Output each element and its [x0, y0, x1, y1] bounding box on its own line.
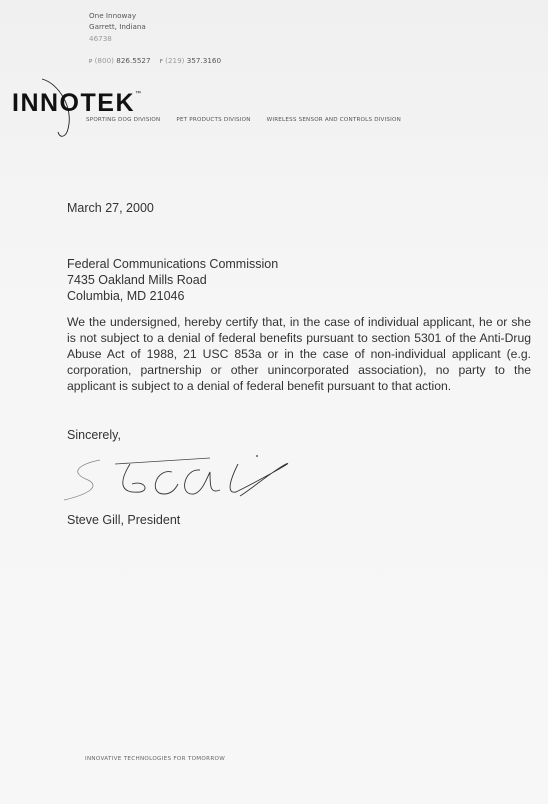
letter-page: One Innoway Garrett, Indiana 46738 P (80…: [0, 0, 548, 804]
division-list: SPORTING DOG DIVISION PET PRODUCTS DIVIS…: [86, 117, 415, 123]
address-line-1: One Innoway: [89, 10, 146, 21]
address-line-2: Garrett, Indiana: [89, 21, 146, 32]
fax-number: 357.3160: [187, 56, 221, 65]
logo-text: INNOTEK: [12, 89, 135, 117]
phone-number: 826.5527: [116, 56, 150, 65]
trademark-symbol: ™: [135, 91, 143, 97]
recipient-address: Federal Communications Commission 7435 O…: [67, 256, 278, 304]
signer-name: Steve Gill, President: [67, 513, 180, 527]
phone-area: (800): [95, 56, 114, 65]
letter-date: March 27, 2000: [67, 201, 154, 215]
recipient-line-2: 7435 Oakland Mills Road: [67, 272, 278, 288]
fax-label: F: [160, 59, 163, 65]
footer-tagline: INNOVATIVE TECHNOLOGIES FOR TOMORROW: [85, 756, 225, 762]
signature-image: [60, 450, 300, 510]
letter-closing: Sincerely,: [67, 428, 121, 442]
recipient-line-3: Columbia, MD 21046: [67, 288, 278, 304]
company-logo: INNOTEK™: [12, 89, 143, 118]
division-wireless: WIRELESS SENSOR AND CONTROLS DIVISION: [267, 117, 401, 123]
division-pet-products: PET PRODUCTS DIVISION: [176, 117, 250, 123]
division-sporting-dog: SPORTING DOG DIVISION: [86, 117, 160, 123]
fax-area: (219): [165, 56, 184, 65]
recipient-line-1: Federal Communications Commission: [67, 256, 278, 272]
letter-body: We the undersigned, hereby certify that,…: [67, 314, 531, 394]
contact-numbers: P (800) 826.5527 F (219) 357.3160: [89, 56, 221, 65]
company-address: One Innoway Garrett, Indiana 46738: [89, 10, 146, 44]
phone-label: P: [89, 59, 92, 65]
address-zip: 46738: [89, 33, 146, 44]
